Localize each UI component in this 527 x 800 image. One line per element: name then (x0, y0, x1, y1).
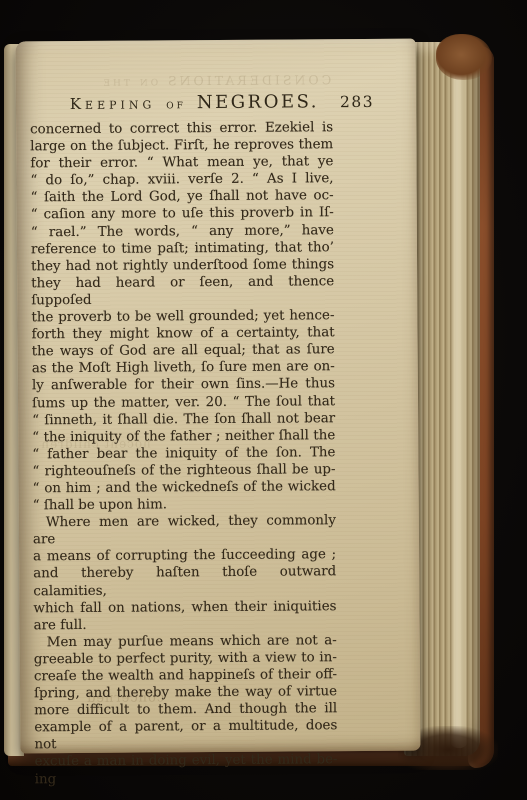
text-line: Men may purſue means which are not a- (34, 632, 337, 651)
text-line: “ on him ; and the wickedneſs of the wic… (33, 478, 336, 497)
book-page: CONSIDERATIONS on the nocent children co… (16, 39, 421, 754)
text-line: “ righteouſneſs of the righteous ſhall b… (32, 461, 335, 480)
catchword: ing (35, 769, 350, 788)
text-line: “ do ſo,” chap. xviii. verſe 2. “ As I l… (30, 170, 333, 189)
text-line: as the Moſt High liveth, ſo ſure men are… (32, 358, 335, 377)
text-line: “ rael.” The words, “ any more,” have (31, 222, 334, 241)
text-line: ſums up the matter, ver. 20. “ The ſoul … (32, 393, 335, 412)
text-line: more difficult to them. And though the i… (34, 700, 337, 719)
text-line: concerned to correct this error. Ezekiel… (30, 119, 333, 138)
fore-edge-light-band (450, 48, 468, 748)
text-line: for their error. “ What mean ye, that ye (30, 153, 333, 172)
text-block: concerned to correct this error. Ezekiel… (30, 119, 338, 788)
running-header: Keeping of NEGROES. 283 (30, 91, 380, 114)
header-title-keeping: Keeping (70, 94, 156, 113)
text-line: creaſe the wealth and happineſs of their… (34, 666, 337, 685)
text-line: they had not rightly underſtood ſome thi… (31, 256, 334, 275)
photo-background: CONSIDERATIONS on the nocent children co… (0, 0, 527, 800)
text-line: excuſe a man in doing evil, yet the mind… (34, 752, 337, 771)
text-line: “ father bear the iniquity of the ſon. T… (32, 444, 335, 463)
text-line: ly anſwerable for their own ſins.—He thu… (32, 376, 335, 395)
text-line: Where men are wicked, they commonly are (33, 512, 336, 548)
text-line: ſpring, and thereby make the way of virt… (34, 683, 337, 702)
text-line: large on the ſubject. Firſt, he reproves… (30, 136, 333, 155)
fore-edge-corner-wear (436, 34, 492, 80)
text-line: “ ſhall be upon him. (33, 495, 336, 514)
text-line: forth they might know of a certainty, th… (32, 324, 335, 343)
text-line: greeable to perfect purity, with a view … (34, 649, 337, 668)
text-line: example of a parent, or a multitude, doe… (34, 717, 337, 753)
text-line: the proverb to be well grounded; yet hen… (31, 307, 334, 326)
text-line: “ the iniquity of the father ; neither ſ… (32, 427, 335, 446)
text-line: “ ſinneth, it ſhall die. The ſon ſhall n… (32, 410, 335, 429)
text-line: are full. (34, 615, 337, 634)
text-line: “ ſaith the Lord God, ye ſhall not have … (31, 188, 334, 207)
show-through-top: CONSIDERATIONS on the (16, 72, 416, 90)
text-line: “ caſion any more to uſe this proverb in… (31, 205, 334, 224)
text-line: reference to time paſt; intimating, that… (31, 239, 334, 258)
header-title-of: of (166, 97, 186, 112)
text-line: and thereby haſten thoſe outward calamit… (33, 564, 336, 600)
text-line: the ways of God are all equal; that as ſ… (32, 341, 335, 360)
header-page-number: 283 (340, 93, 374, 111)
text-line: they had heard or ſeen, and thence ſuppo… (31, 273, 334, 309)
text-line: which fall on nations, when their iniqui… (33, 598, 336, 617)
text-line: a means of corrupting the ſucceeding age… (33, 547, 336, 566)
header-title-negroes: NEGROES. (197, 91, 319, 113)
